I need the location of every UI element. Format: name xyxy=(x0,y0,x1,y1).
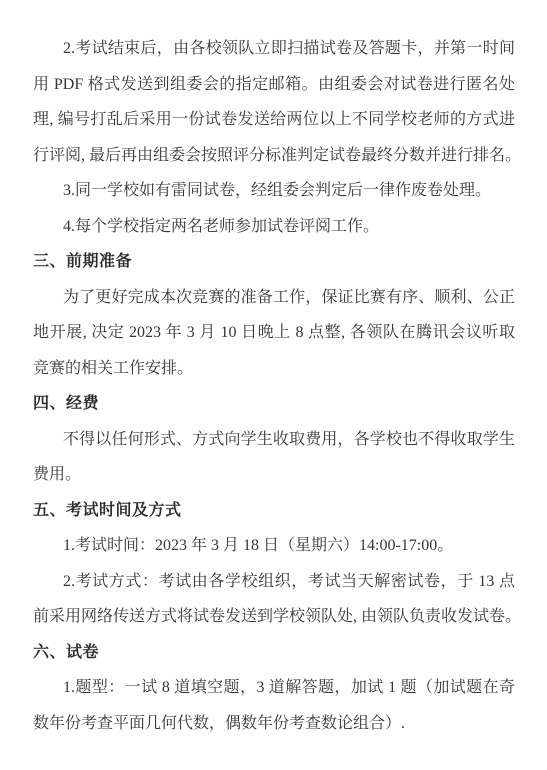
text-line: 用 PDF 格式发送到组委会的指定邮箱。由组委会对试卷进行匿名处 xyxy=(33,67,515,103)
section-heading: 三、前期准备 xyxy=(33,244,515,280)
text-line: 2.考试结束后，由各校领队立即扫描试卷及答题卡，并第一时间 xyxy=(33,31,515,67)
paragraph: 3.同一学校如有雷同试卷，经组委会判定后一律作废卷处理。 xyxy=(33,173,515,209)
text-line: 前采用网络传送方式将试卷发送到学校领队处, 由领队负责收发试卷。 xyxy=(33,599,515,635)
text-line: 4.每个学校指定两名老师参加试卷评阅工作。 xyxy=(33,209,515,245)
paragraph: 2.考试结束后，由各校领队立即扫描试卷及答题卡，并第一时间用 PDF 格式发送到… xyxy=(33,31,515,173)
document-body: 2.考试结束后，由各校领队立即扫描试卷及答题卡，并第一时间用 PDF 格式发送到… xyxy=(33,31,515,741)
paragraph: 4.每个学校指定两名老师参加试卷评阅工作。 xyxy=(33,209,515,245)
paragraph: 2.考试方式：考试由各学校组织，考试当天解密试卷，于 13 点前采用网络传送方式… xyxy=(33,564,515,635)
section-heading: 六、试卷 xyxy=(33,635,515,671)
text-line: 数年份考查平面几何代数，偶数年份考查数论组合）. xyxy=(33,706,515,742)
text-line: 费用。 xyxy=(33,457,515,493)
section-heading: 四、经费 xyxy=(33,386,515,422)
paragraph: 为了更好完成本次竞赛的准备工作，保证比赛有序、顺利、公正地开展, 决定 2023… xyxy=(33,280,515,387)
paragraph: 不得以任何形式、方式向学生收取费用，各学校也不得收取学生费用。 xyxy=(33,422,515,493)
text-line: 竞赛的相关工作安排。 xyxy=(33,351,515,387)
section-heading: 五、考试时间及方式 xyxy=(33,493,515,529)
text-line: 行评阅, 最后再由组委会按照评分标准判定试卷最终分数并进行排名。 xyxy=(33,138,515,174)
text-line: 地开展, 决定 2023 年 3 月 10 日晚上 8 点整, 各领队在腾讯会议… xyxy=(33,315,515,351)
text-line: 理, 编号打乱后采用一份试卷发送给两位以上不同学校老师的方式进 xyxy=(33,102,515,138)
text-line: 1.题型：一试 8 道填空题，3 道解答题，加试 1 题（加试题在奇 xyxy=(33,670,515,706)
text-line: 1.考试时间：2023 年 3 月 18 日（星期六）14:00-17:00。 xyxy=(33,528,515,564)
text-line: 2.考试方式：考试由各学校组织，考试当天解密试卷，于 13 点 xyxy=(33,564,515,600)
text-line: 不得以任何形式、方式向学生收取费用，各学校也不得收取学生 xyxy=(33,422,515,458)
paragraph: 1.考试时间：2023 年 3 月 18 日（星期六）14:00-17:00。 xyxy=(33,528,515,564)
document-page: 2.考试结束后，由各校领队立即扫描试卷及答题卡，并第一时间用 PDF 格式发送到… xyxy=(0,0,547,770)
text-line: 3.同一学校如有雷同试卷，经组委会判定后一律作废卷处理。 xyxy=(33,173,515,209)
text-line: 为了更好完成本次竞赛的准备工作，保证比赛有序、顺利、公正 xyxy=(33,280,515,316)
paragraph: 1.题型：一试 8 道填空题，3 道解答题，加试 1 题（加试题在奇数年份考查平… xyxy=(33,670,515,741)
